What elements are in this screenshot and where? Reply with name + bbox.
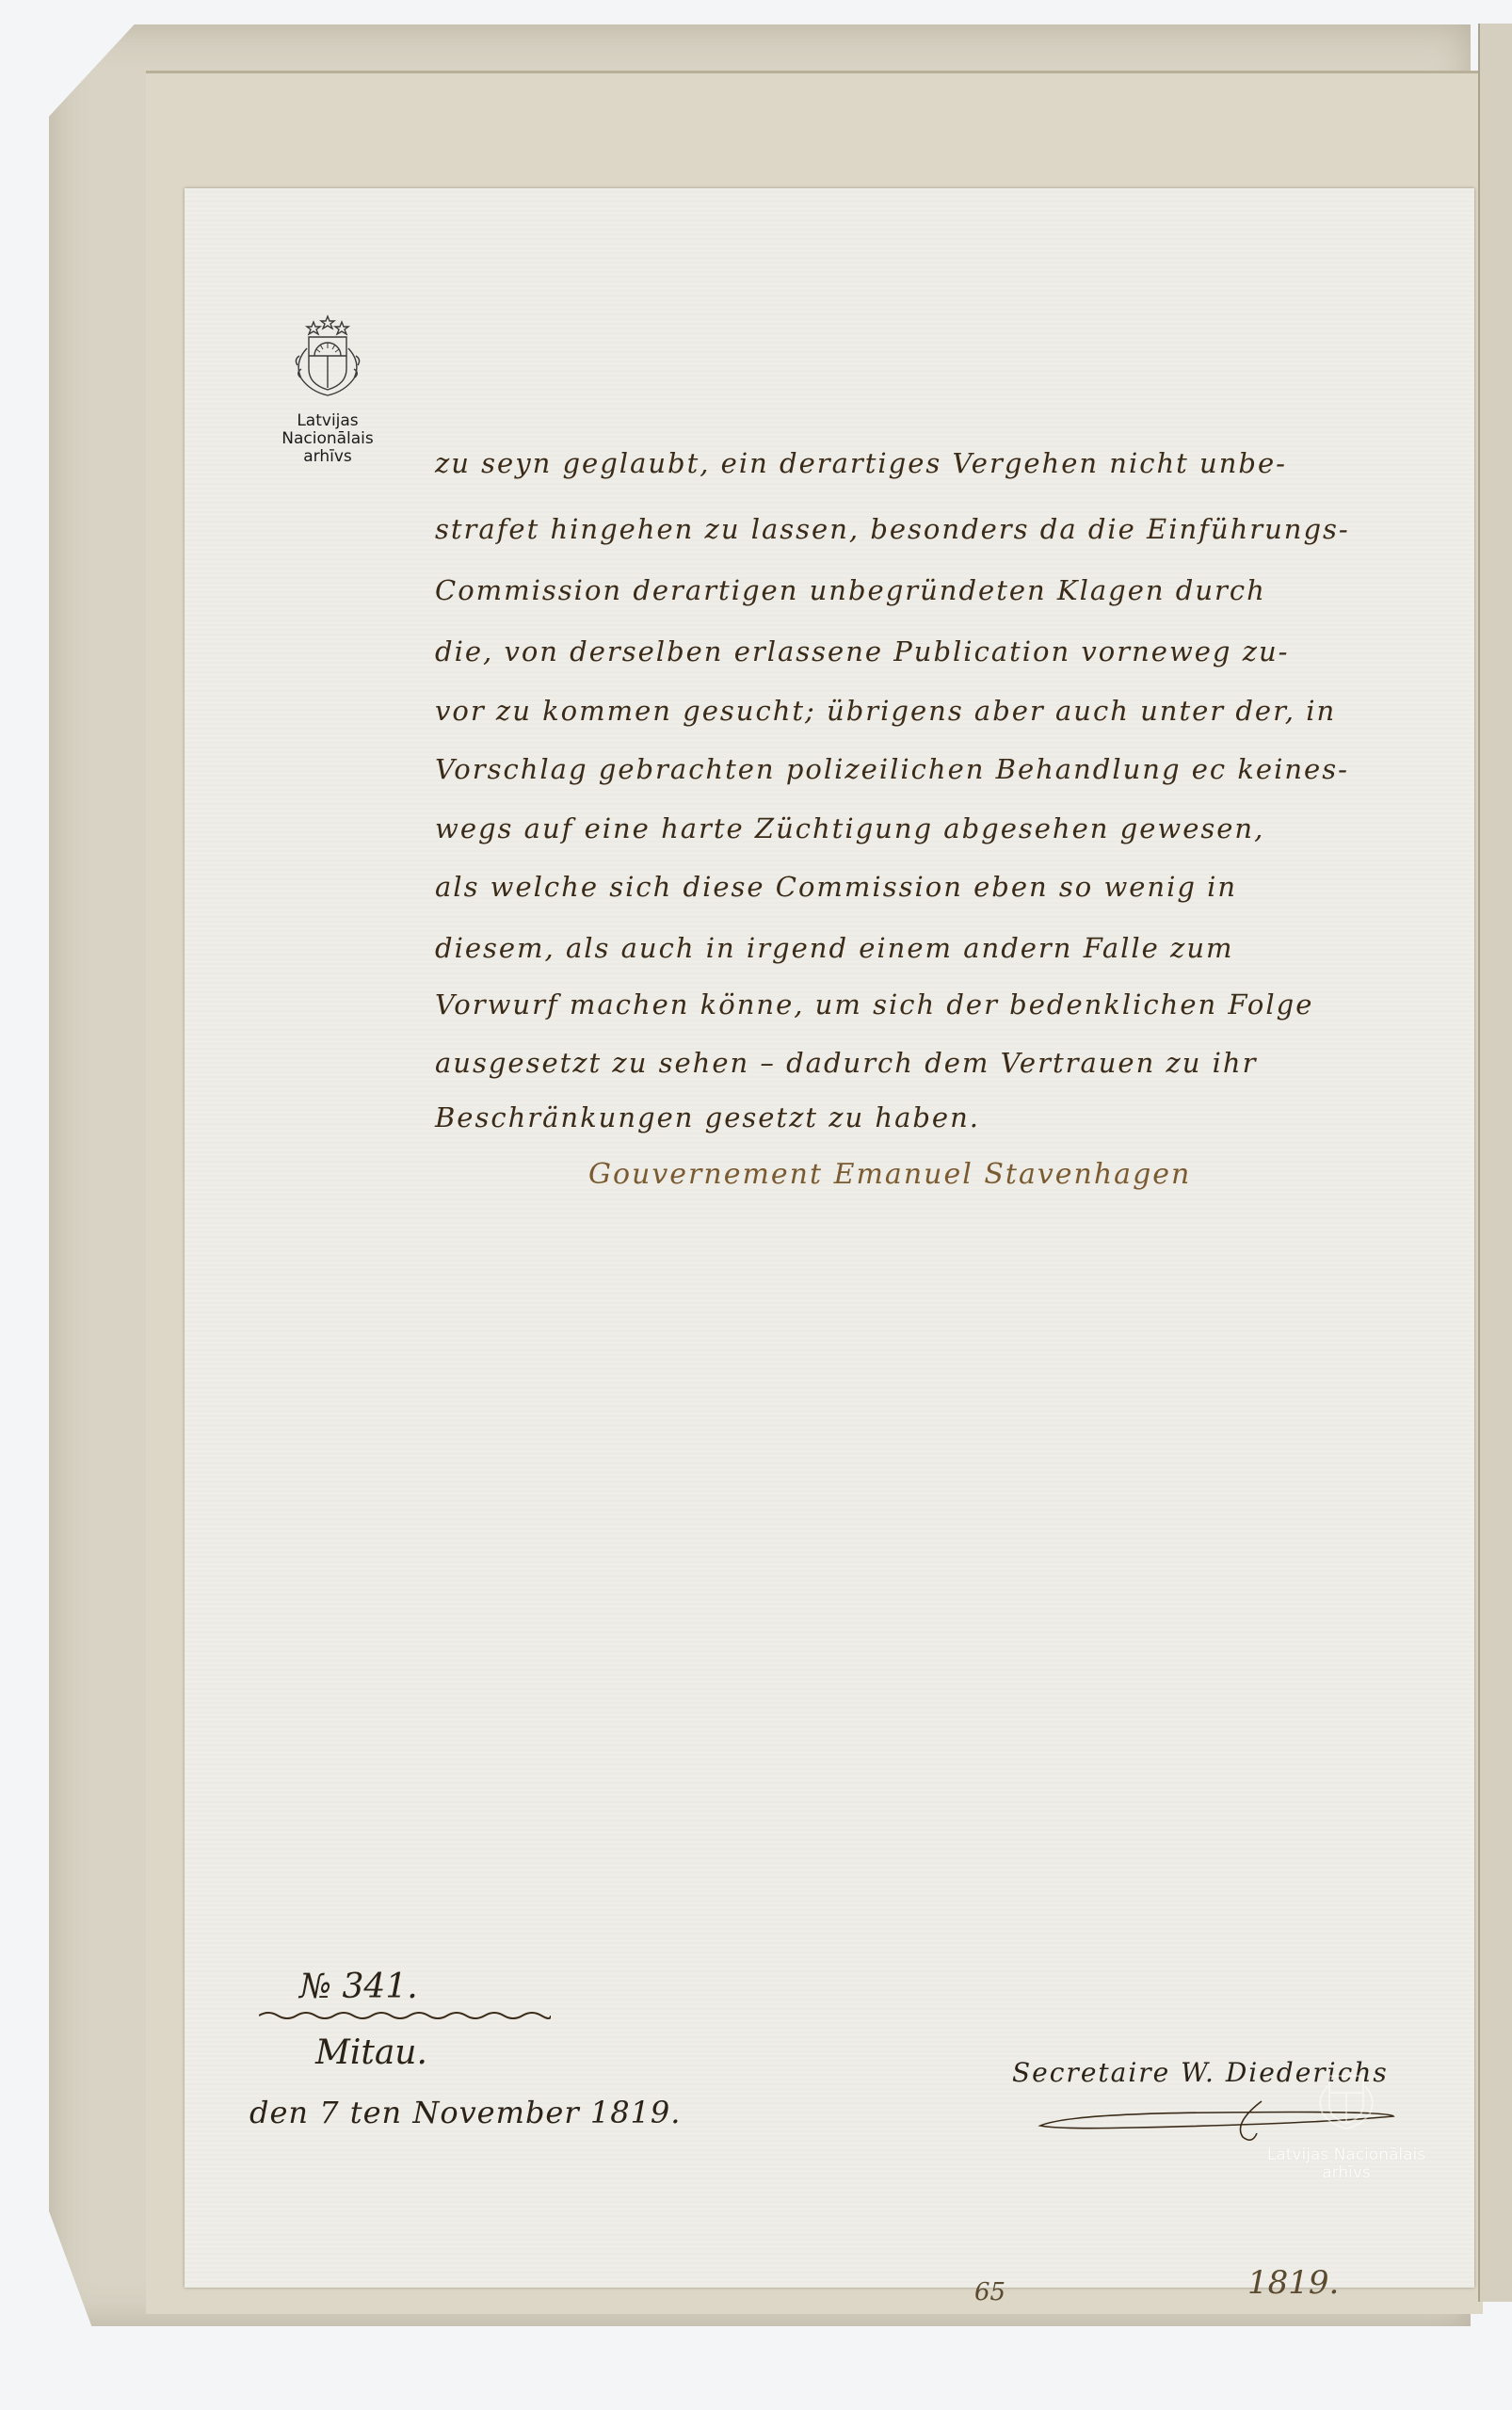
body-line: strafet hingehen zu lassen, besonders da… bbox=[435, 513, 1350, 545]
logo-line-1: Latvijas Nacionālais bbox=[252, 412, 403, 448]
body-line: diesem, als auch in irgend einem andern … bbox=[435, 932, 1234, 964]
wavy-underline bbox=[259, 2008, 551, 2021]
body-line: Vorschlag gebrachten polizeilichen Behan… bbox=[435, 753, 1349, 785]
body-line: Beschränkungen gesetzt zu haben. bbox=[435, 1101, 980, 1133]
latvia-coat-of-arms-icon bbox=[281, 311, 375, 405]
body-line: Vorwurf machen könne, um sich der bedenk… bbox=[435, 988, 1313, 1020]
archive-logo: Latvijas Nacionālais arhīvs bbox=[252, 311, 403, 466]
watermark-line-1: Latvijas Nacionālais bbox=[1266, 2146, 1426, 2164]
body-line: wegs auf eine harte Züchtigung abgesehen… bbox=[435, 812, 1264, 844]
body-line: die, von derselben erlassene Publication… bbox=[435, 635, 1289, 667]
body-line: ausgesetzt zu sehen – dadurch dem Vertra… bbox=[435, 1047, 1257, 1079]
adjacent-page-edge bbox=[1478, 24, 1512, 2302]
watermark-line-2: arhīvs bbox=[1266, 2164, 1426, 2182]
body-line: vor zu kommen gesucht; übrigens aber auc… bbox=[435, 695, 1336, 727]
body-line: zu seyn geglaubt, ein derartiges Vergehe… bbox=[435, 447, 1287, 479]
body-line: als welche sich diese Commission eben so… bbox=[435, 871, 1237, 903]
body-line: Commission derartigen unbegründeten Klag… bbox=[435, 574, 1266, 606]
latvia-coat-of-arms-icon bbox=[1304, 2052, 1389, 2137]
place-name: Mitau. bbox=[315, 2033, 427, 2072]
folder-mark: 65 bbox=[974, 2278, 1005, 2306]
closing-signature: Gouvernement Emanuel Stavenhagen bbox=[588, 1158, 1191, 1191]
folder-year-note: 1819. bbox=[1247, 2264, 1339, 2302]
logo-line-2: arhīvs bbox=[252, 448, 403, 466]
document-number: № 341. bbox=[299, 1968, 418, 2006]
document-date: den 7 ten November 1819. bbox=[249, 2095, 681, 2130]
archive-watermark: Latvijas Nacionālais arhīvs bbox=[1266, 2052, 1426, 2182]
